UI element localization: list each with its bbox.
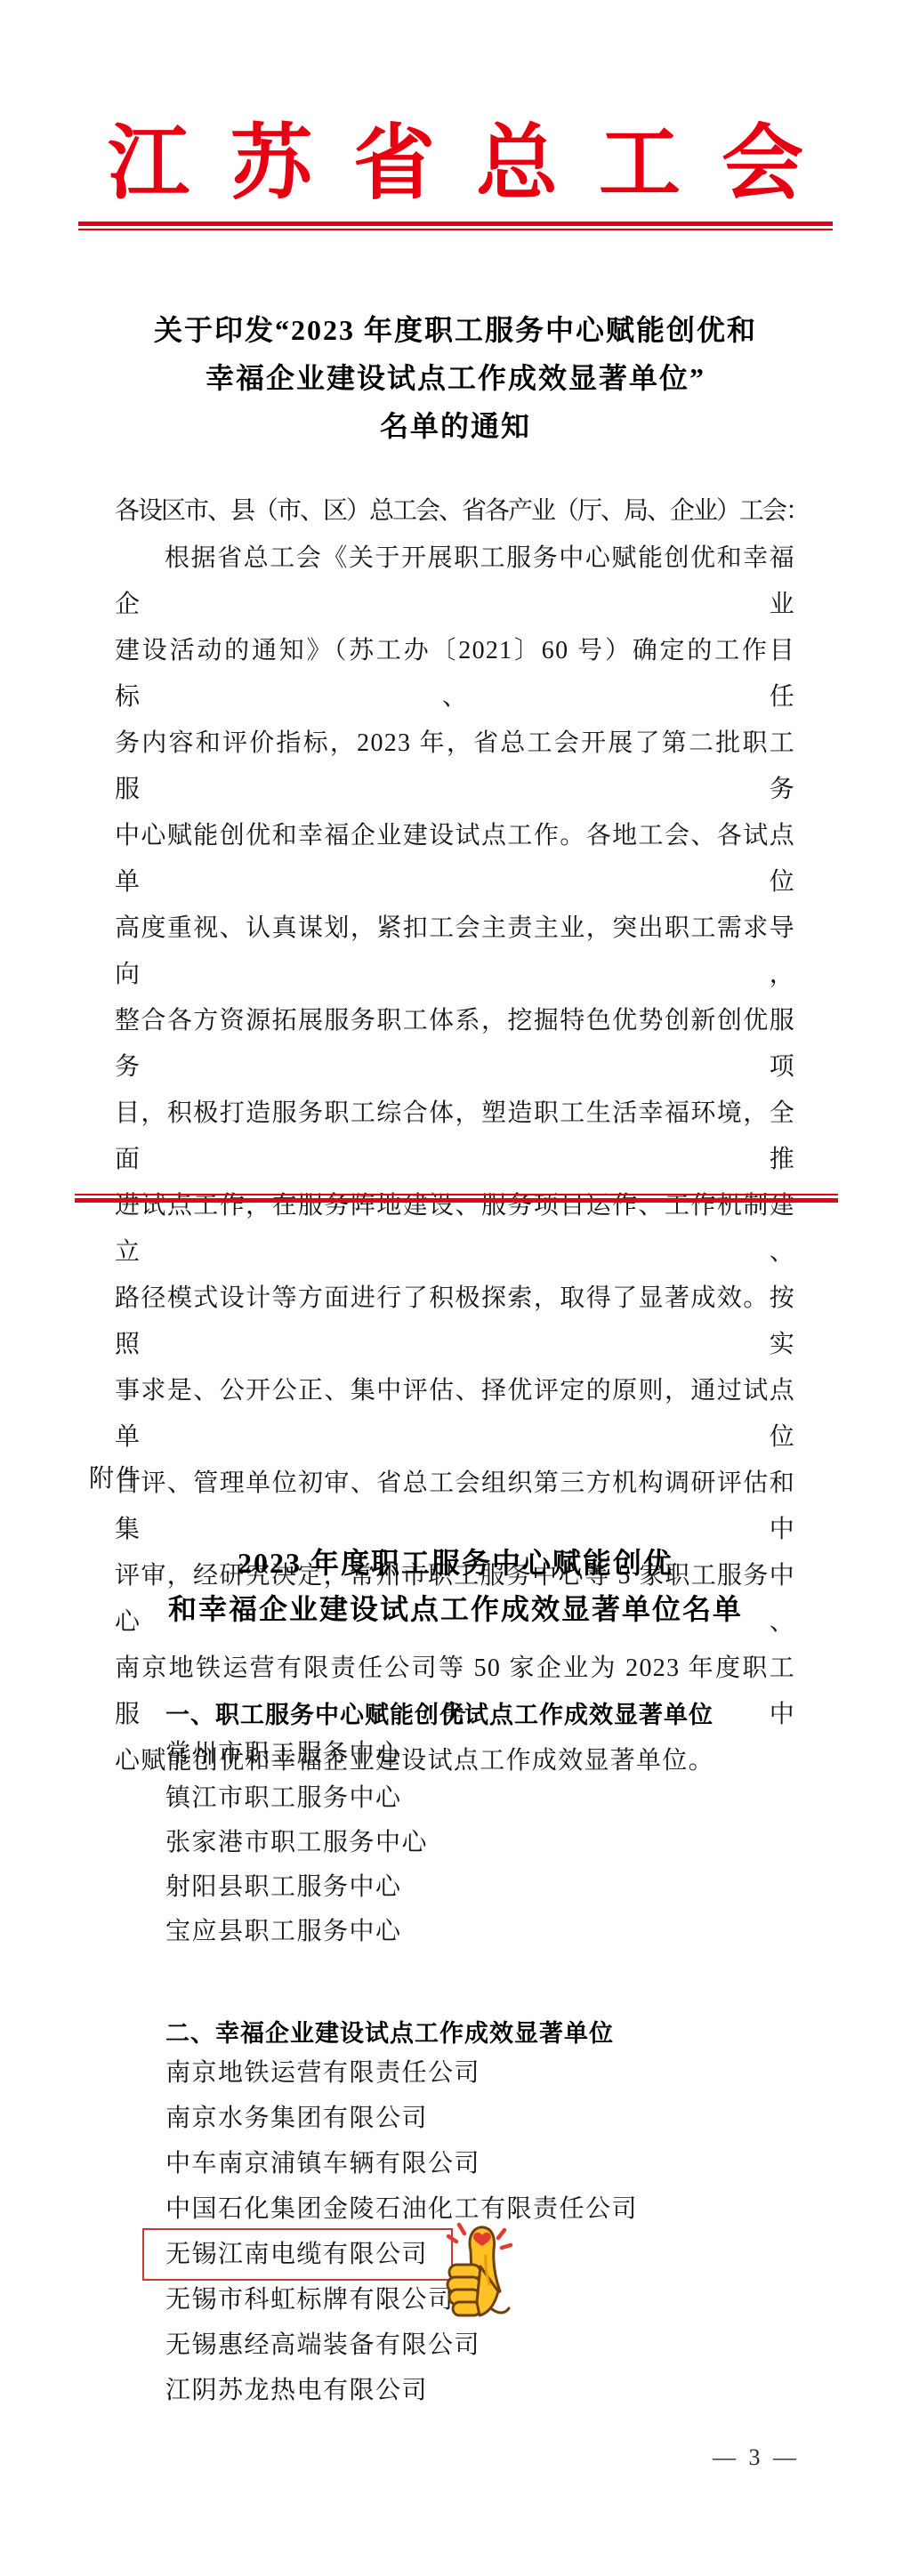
- attachment-label: 附件: [89, 1459, 142, 1494]
- thumbs-up-heart-icon: [443, 2220, 514, 2325]
- unit-name: 无锡惠经高端装备有限公司: [165, 2331, 480, 2359]
- section-1-list: 常州市职工服务中心镇江市职工服务中心张家港市职工服务中心射阳县职工服务中心宝应县…: [165, 1732, 717, 1954]
- list-item: 宝应县职工服务中心: [165, 1910, 717, 1954]
- unit-name: 张家港市职工服务中心: [165, 1829, 428, 1856]
- list-item: 张家港市职工服务中心: [165, 1821, 717, 1865]
- notice-title-line: 关于印发“2023 年度职工服务中心赋能创优和: [0, 306, 911, 354]
- list-item: 江阴苏龙热电有限公司: [165, 2368, 717, 2413]
- list-item: 常州市职工服务中心: [165, 1732, 717, 1776]
- unit-name: 无锡江南电缆有限公司: [142, 2228, 453, 2281]
- unit-name: 中车南京浦镇车辆有限公司: [165, 2150, 480, 2178]
- body-line: 整合各方资源拓展服务职工体系，挖掘特色优势创新创优服务项: [115, 998, 795, 1091]
- closing-rule: [75, 1194, 838, 1203]
- unit-name: 中国石化集团金陵石油化工有限责任公司: [165, 2195, 638, 2223]
- unit-name: 宝应县职工服务中心: [165, 1918, 402, 1945]
- letterhead-title: 江苏省总工会: [0, 117, 911, 212]
- unit-name: 南京地铁运营有限责任公司: [165, 2059, 480, 2087]
- list-item: 无锡江南电缆有限公司: [165, 2232, 717, 2277]
- unit-name: 常州市职工服务中心: [165, 1740, 402, 1767]
- notice-title-line: 名单的通知: [0, 402, 911, 450]
- list-item: 无锡市科虹标牌有限公司: [165, 2277, 717, 2322]
- body-line: 建设活动的通知》（苏工办〔2021〕60 号）确定的工作目标、任: [115, 628, 795, 720]
- list-item: 射阳县职工服务中心: [165, 1865, 717, 1910]
- body-line: 高度重视、认真谋划，紧扣工会主责主业，突出职工需求导向，: [115, 906, 795, 998]
- salutation: 各设区市、县（市、区）总工会、省各产业（厅、局、企业）工会：: [115, 488, 826, 535]
- unit-name: 射阳县职工服务中心: [165, 1873, 402, 1901]
- attachment-title: 2023 年度职工服务中心赋能创优和幸福企业建设试点工作成效显著单位名单: [0, 1540, 911, 1632]
- document-page: 江苏省总工会 关于印发“2023 年度职工服务中心赋能创优和幸福企业建设试点工作…: [0, 0, 911, 2576]
- body-line: 务内容和评价指标，2023 年，省总工会开展了第二批职工服务: [115, 720, 795, 813]
- body-line: 根据省总工会《关于开展职工服务中心赋能创优和幸福企业: [115, 535, 795, 628]
- list-item: 南京水务集团有限公司: [165, 2096, 717, 2141]
- notice-title: 关于印发“2023 年度职工服务中心赋能创优和幸福企业建设试点工作成效显著单位”…: [0, 306, 911, 450]
- rule-thick-line: [75, 1198, 838, 1203]
- list-item: 中国石化集团金陵石油化工有限责任公司: [165, 2186, 717, 2232]
- body-line: 事求是、公开公正、集中评估、择优评定的原则，通过试点单位: [115, 1368, 795, 1461]
- body-line: 目，积极打造服务职工综合体，塑造职工生活幸福环境，全面推: [115, 1091, 795, 1183]
- page-number: — 3 —: [707, 2444, 805, 2471]
- letterhead-rule: [78, 221, 833, 230]
- body-line: 路径模式设计等方面进行了积极探索，取得了显著成效。按照实: [115, 1276, 795, 1368]
- list-item: 镇江市职工服务中心: [165, 1776, 717, 1821]
- notice-title-line: 幸福企业建设试点工作成效显著单位”: [0, 354, 911, 402]
- unit-name: 南京水务集团有限公司: [165, 2105, 428, 2132]
- body-line: 中心赋能创优和幸福企业建设试点工作。各地工会、各试点单位: [115, 813, 795, 906]
- attachment-title-line: 和幸福企业建设试点工作成效显著单位名单: [0, 1586, 911, 1632]
- section-2-list: 南京地铁运营有限责任公司南京水务集团有限公司中车南京浦镇车辆有限公司中国石化集团…: [165, 2050, 717, 2413]
- list-item: 无锡惠经高端装备有限公司: [165, 2322, 717, 2368]
- list-item: 南京地铁运营有限责任公司: [165, 2050, 717, 2096]
- section-2-heading: 二、幸福企业建设试点工作成效显著单位: [165, 2014, 614, 2049]
- unit-name: 无锡市科虹标牌有限公司: [165, 2286, 455, 2314]
- list-item: 中车南京浦镇车辆有限公司: [165, 2141, 717, 2186]
- section-1-heading: 一、职工服务中心赋能创优试点工作成效显著单位: [165, 1695, 713, 1730]
- attachment-title-line: 2023 年度职工服务中心赋能创优: [0, 1540, 911, 1586]
- rule-thin-line: [78, 229, 833, 230]
- unit-name: 镇江市职工服务中心: [165, 1784, 402, 1812]
- unit-name: 江阴苏龙热电有限公司: [165, 2377, 428, 2404]
